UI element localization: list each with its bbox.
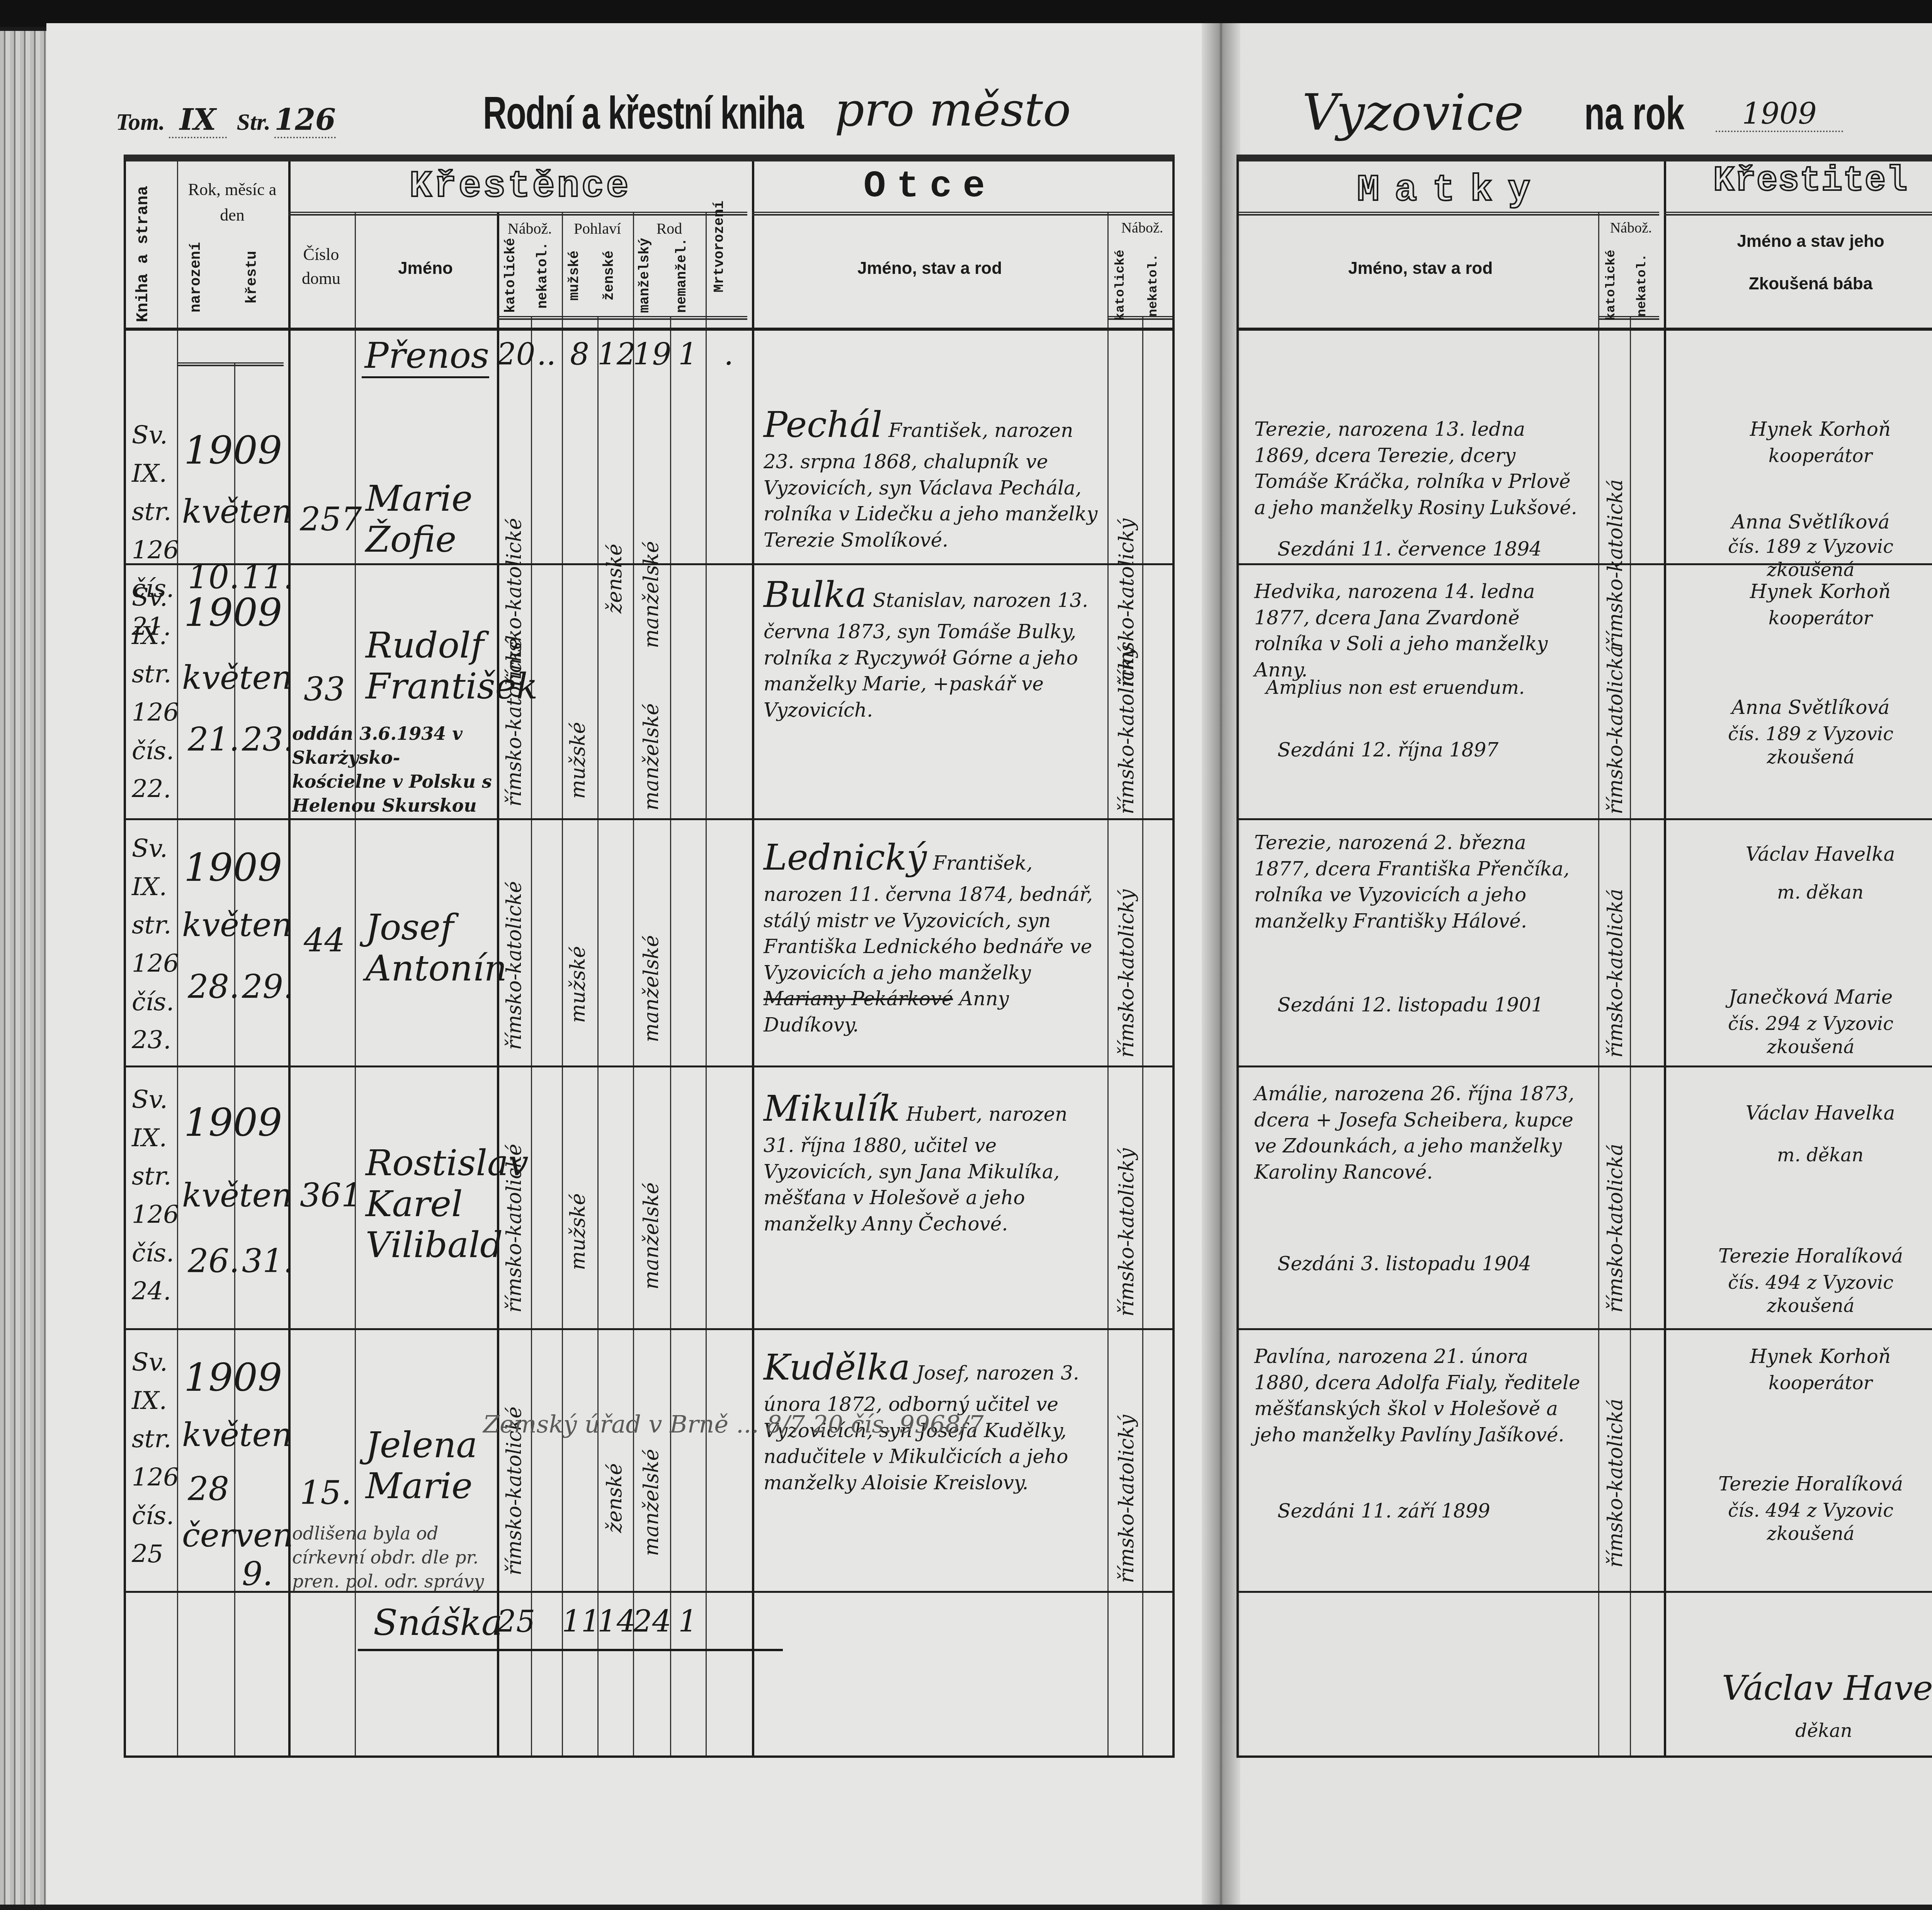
birth-month: květen [182, 1413, 293, 1457]
summary-nemanzel: 1 [670, 1604, 706, 1639]
child-religion: římsko-katolické [503, 834, 526, 1050]
tom-label: Tom. [116, 109, 165, 135]
house-number: 44 [304, 919, 345, 962]
summary-zenske: 14 [597, 1604, 633, 1639]
section-matky: Matky [1239, 169, 1664, 211]
birth-year: 1909 [184, 586, 282, 639]
house-number: 361 [300, 1174, 362, 1217]
father-religion: římsko-katolický [1115, 1108, 1138, 1317]
summary-manzelsky: 24 [633, 1604, 670, 1639]
midwife-status: zkoušená [1675, 745, 1932, 770]
child-annotation: odlišena byla od církevní obdr. dle pr. … [292, 1521, 493, 1593]
col-nekatol: nekatol. [535, 227, 558, 324]
child-name: Marie Žofie [366, 478, 489, 560]
col-nemanzel: nemanžel. [674, 227, 701, 324]
carryover-katolicke: 20 [497, 337, 531, 372]
carryover-mrtvorozeni: . [706, 337, 752, 372]
birth-month: květen [182, 656, 293, 700]
marriage-date: Sezdáni 3. listopadu 1904 [1277, 1251, 1587, 1277]
baptist-title: kooperátor [1695, 1371, 1932, 1396]
father-info: Mikulík Hubert, narozen 31. října 1880, … [764, 1085, 1104, 1237]
mother-religion: římsko-katolická [1604, 849, 1627, 1058]
col-cislo-domu: Číslo domu [292, 243, 350, 290]
baptist-name: Václav Havelka [1695, 841, 1932, 868]
summary-label: Snáška [373, 1602, 489, 1643]
house-number: 33 [304, 668, 345, 711]
col-matky-nekatol: nekatol. [1635, 246, 1658, 324]
year-label: na rok [1584, 87, 1684, 140]
title-handwritten: pro město [835, 83, 1071, 137]
birth-month: květen [182, 1174, 293, 1217]
col-otce-nekatol: nekatol. [1146, 246, 1169, 324]
place-name: Vyzovice [1302, 83, 1524, 142]
col-otce-naboz: Nábož. [1109, 219, 1175, 236]
col-otce-katolicke: katolické [1113, 246, 1140, 324]
midwife-name: Anna Světlíková [1675, 695, 1932, 721]
col-krestitel-jmeno-stav: Jméno a stav jeho [1668, 227, 1932, 256]
child-legitimacy: manželské [640, 872, 663, 1042]
midwife-address: čís. 189 z Vyzovic [1675, 534, 1932, 559]
baptism-day: 23. [242, 718, 294, 761]
carryover-label: Přenos [362, 335, 489, 378]
mother-info: Terezie, narozena 13. ledna 1869, dcera … [1254, 416, 1587, 521]
baptist-name: Hynek Korhoň [1695, 579, 1932, 605]
child-sex: ženské [603, 459, 626, 613]
father-religion: římsko-katolický [1115, 841, 1138, 1058]
section-krestitel: Křestitel [1664, 161, 1932, 201]
midwife-address: čís. 494 z Vyzovic [1675, 1498, 1932, 1523]
col-narozeni: narození [188, 231, 219, 324]
baptism-month: červen [182, 1514, 293, 1557]
child-name: Rudolf František [366, 625, 489, 707]
marriage-date: Sezdáni 12. října 1897 [1277, 737, 1587, 763]
summary-underline [358, 1649, 783, 1651]
house-number: 15. [300, 1471, 352, 1515]
baptist-name: Hynek Korhoň [1695, 1344, 1932, 1370]
baptism-day: 29. [242, 965, 294, 1009]
mother-religion: římsko-katolická [1604, 1096, 1627, 1313]
child-marriage-note: oddán 3.6.1934 v Skarżysko-kościelne v P… [292, 722, 493, 817]
baptist-name: Hynek Korhoň [1695, 416, 1932, 443]
mother-info: Terezie, narozená 2. března 1877, dcera … [1254, 830, 1587, 934]
summary-katolicke: 25 [497, 1604, 531, 1639]
birth-day: 28 [188, 1467, 229, 1511]
col-zenske: ženské [601, 227, 628, 324]
col-rok-mesic-den: Rok, měsíc a den [180, 177, 284, 228]
child-sex: mužské [566, 888, 590, 1023]
col-manzelsky: manželský [637, 227, 666, 324]
midwife-address: čís. 294 z Vyzovic [1675, 1011, 1932, 1037]
father-religion: římsko-katolický [1115, 606, 1138, 814]
baptism-day: 31. [242, 1239, 294, 1283]
str-label: Str. [236, 109, 270, 135]
priest-signature: Václav Havelka [1722, 1668, 1932, 1708]
house-number: 257 [300, 498, 362, 541]
col-kniha-a-strana: Kniha a strana [134, 185, 168, 324]
midwife-status: zkoušená [1675, 1521, 1932, 1546]
father-religion: římsko-katolický [1115, 1367, 1138, 1583]
child-religion: římsko-katolické [503, 1096, 526, 1313]
father-info: Lednický František, narozen 11. června 1… [764, 834, 1104, 1038]
left-register-table: Kniha a strana Rok, měsíc a den narození… [124, 155, 1175, 1758]
midwife-name: Janečková Marie [1675, 984, 1932, 1011]
birth-month: květen [182, 903, 293, 947]
child-legitimacy: manželské [640, 617, 663, 811]
birth-day: 26. [188, 1239, 240, 1283]
carryover-manzelsky: 19 [633, 337, 670, 372]
midwife-status: zkoušená [1675, 1035, 1932, 1060]
child-sex: mužské [566, 644, 590, 799]
midwife-address: čís. 494 z Vyzovic [1675, 1270, 1932, 1295]
baptism-day: 9. [242, 1552, 273, 1596]
col-zkousena-baba: Zkoušená bába [1668, 270, 1932, 299]
child-religion: římsko-katolické [503, 575, 526, 807]
carryover-nekatol: .. [531, 337, 562, 372]
priest-title: děkan [1795, 1718, 1852, 1743]
volume-page-label: Tom.IX Str.126 [116, 102, 340, 138]
birth-day: 21. [188, 718, 240, 761]
child-sex: mužské [566, 1143, 590, 1270]
birth-day: 28. [188, 965, 240, 1009]
col-jmeno: Jméno [358, 254, 493, 283]
baptist-name: Václav Havelka [1695, 1100, 1932, 1127]
midwife-status: zkoušená [1675, 1293, 1932, 1319]
midwife-address: čís. 189 z Vyzovic [1675, 722, 1932, 747]
mother-info: Hedvika, narozena 14. ledna 1877, dcera … [1254, 579, 1587, 683]
mother-religion: římsko-katolická [1604, 598, 1627, 814]
mother-info: Pavlína, narozena 21. února 1880, dcera … [1254, 1344, 1587, 1448]
birth-month: květen [182, 490, 293, 534]
child-name: Jelena Marie [366, 1425, 489, 1507]
marriage-date: Sezdáni 11. července 1894 [1277, 536, 1587, 562]
father-info: Pechál František, narozen 23. srpna 1868… [764, 401, 1104, 553]
right-register-table: Matky Jméno, stav a rod Nábož. katolické… [1236, 155, 1932, 1758]
mother-remark: Amplius non est eruendum. [1266, 675, 1587, 700]
child-legitimacy: manželské [640, 1135, 663, 1290]
register-year: 1909 [1712, 81, 1847, 135]
col-katolicke: katolické [503, 227, 530, 324]
carryover-zenske: 12 [597, 337, 633, 372]
child-religion: římsko-katolické [503, 1359, 526, 1575]
baptist-title: m. děkan [1695, 1143, 1932, 1168]
midwife-name: Terezie Horalíková [1675, 1243, 1932, 1269]
marriage-date: Sezdáni 12. listopadu 1901 [1277, 992, 1587, 1018]
carryover-muzske: 8 [562, 337, 597, 372]
birth-year: 1909 [184, 424, 282, 476]
birth-year: 1909 [184, 1351, 282, 1404]
pencil-annotation: Zemský úřad v Brně ... 8/7 20 čís. 9968/… [483, 1410, 984, 1438]
tom-value: IX [169, 102, 227, 138]
col-matky-katolicke: katolické [1604, 246, 1627, 324]
col-otce-jmeno-stav-rod: Jméno, stav a rod [756, 254, 1104, 283]
col-mrtvorozeni: Mrtvorození [711, 169, 746, 324]
mother-info: Amálie, narozena 26. října 1873, dcera +… [1254, 1081, 1587, 1185]
book-gutter [1202, 23, 1240, 1905]
summary-muzske: 11 [562, 1604, 597, 1639]
marriage-date: Sezdáni 11. září 1899 [1277, 1498, 1587, 1524]
child-name: Josef Antonín [366, 907, 489, 989]
book-title: Rodní a křestní kniha [483, 87, 803, 139]
baptist-title: kooperátor [1695, 606, 1932, 631]
col-matky-naboz: Nábož. [1600, 219, 1662, 236]
midwife-name: Anna Světlíková [1675, 509, 1932, 535]
baptist-title: kooperátor [1695, 444, 1932, 469]
child-name: Rostislav Karel Vilibald [366, 1143, 489, 1265]
birth-year: 1909 [184, 841, 282, 894]
col-matky-jmeno-stav-rod: Jméno, stav a rod [1247, 254, 1594, 283]
str-value: 126 [274, 102, 336, 138]
mother-religion: římsko-katolická [1604, 1351, 1627, 1568]
midwife-name: Terezie Horalíková [1675, 1471, 1932, 1497]
baptist-title: m. děkan [1695, 880, 1932, 905]
section-krestence: Křestěnce [288, 165, 752, 207]
father-info: Bulka Stanislav, narozen 13. června 1873… [764, 571, 1104, 723]
col-muzske: mužské [566, 227, 594, 324]
section-otce: Otce [752, 165, 1107, 207]
col-krestu: křestu [244, 231, 275, 324]
birth-year: 1909 [184, 1096, 282, 1149]
carryover-nemanzel: 1 [670, 337, 706, 372]
